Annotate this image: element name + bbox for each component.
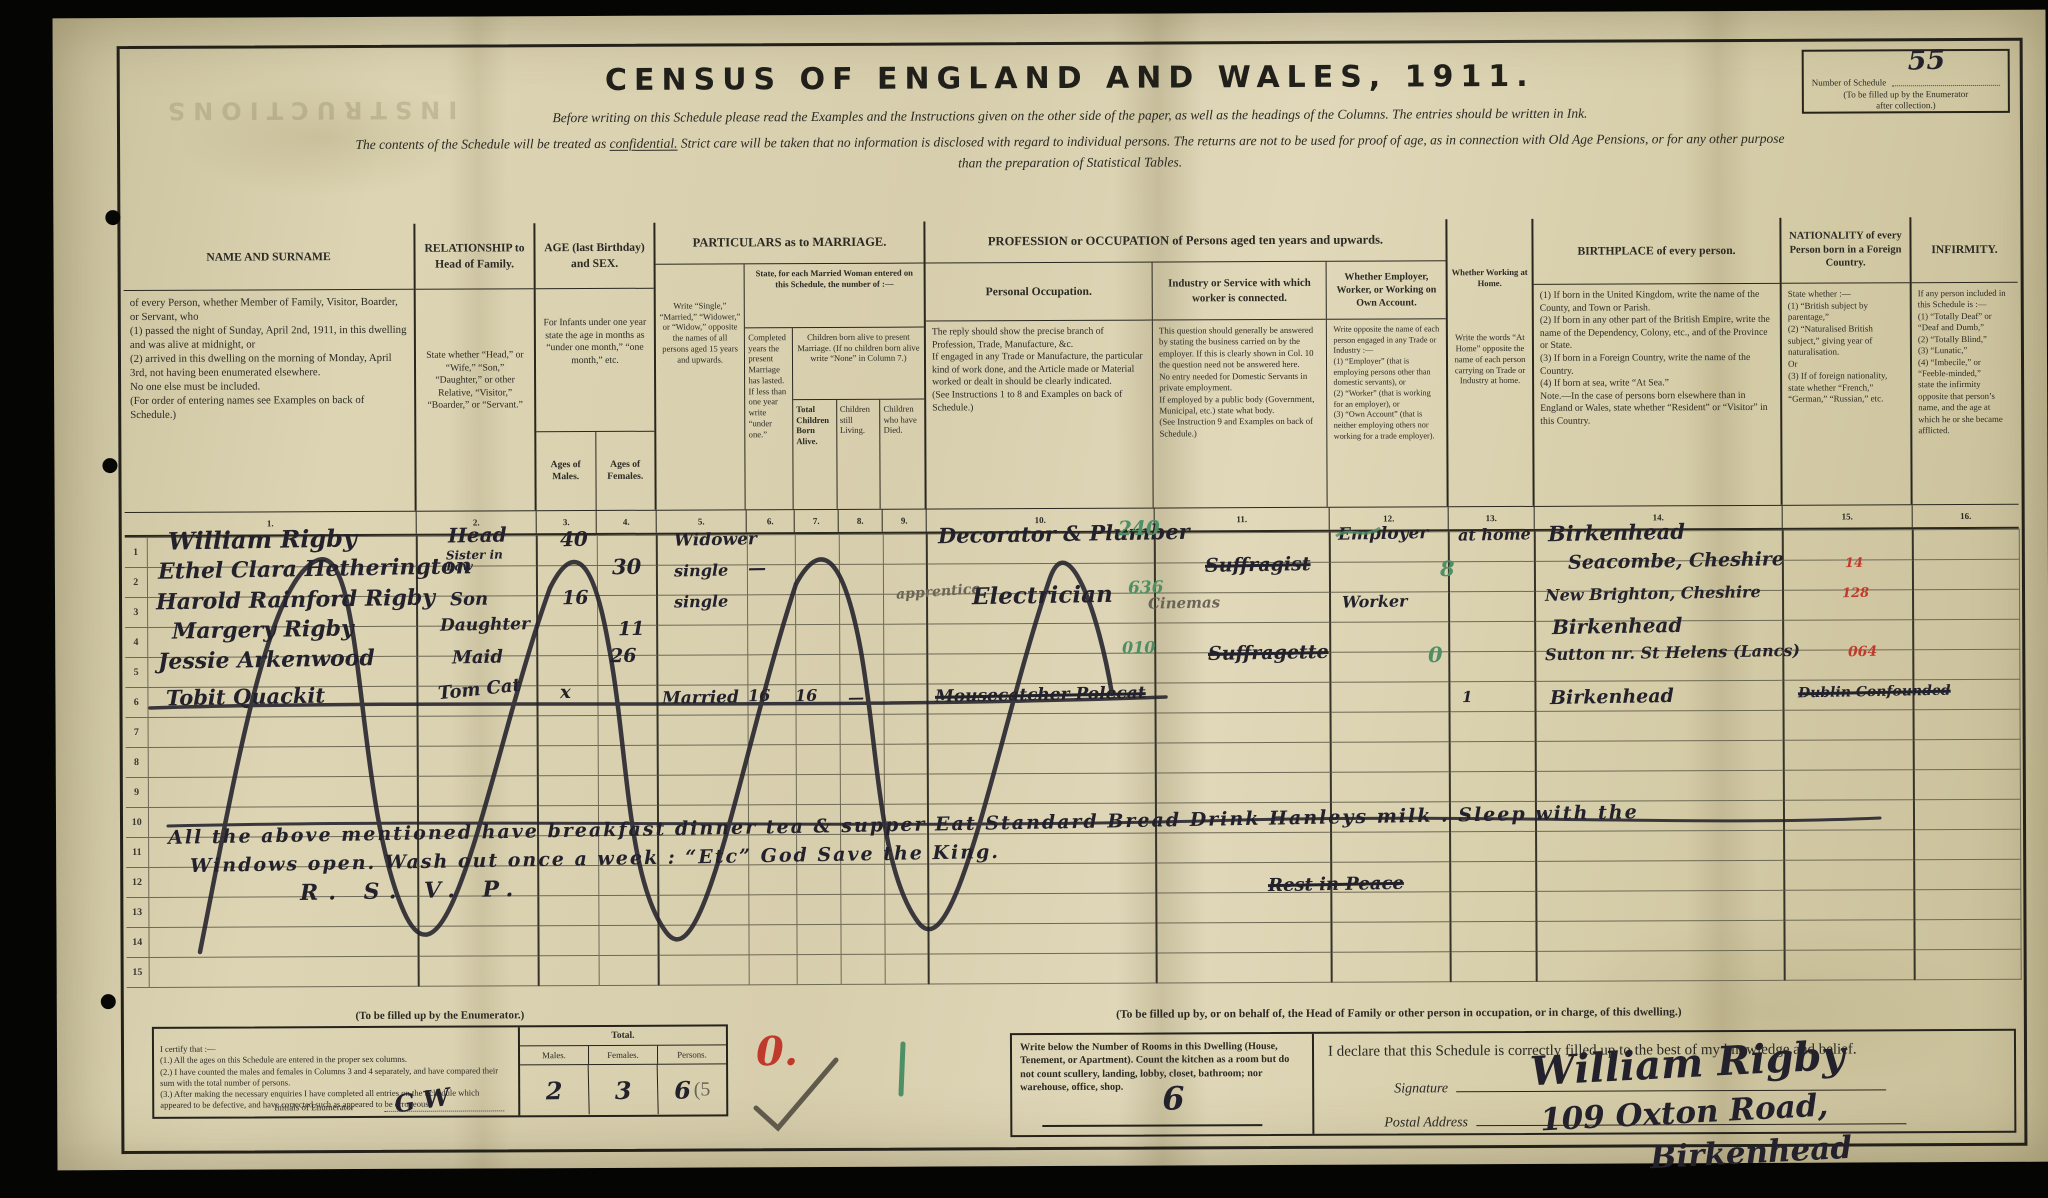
grid-cell bbox=[928, 833, 1156, 864]
col-name-header: NAME AND SURNAME of every Person, whethe… bbox=[123, 224, 416, 512]
grid-cell bbox=[1332, 952, 1451, 983]
grid-cell bbox=[883, 534, 927, 564]
grid-cell bbox=[148, 926, 418, 957]
signature-line bbox=[1456, 1089, 1886, 1092]
signature-row: Signature bbox=[1394, 1079, 1886, 1097]
grid-cell bbox=[796, 714, 840, 744]
grid-cell bbox=[1537, 950, 1785, 981]
grid-cell bbox=[418, 926, 538, 957]
occupation-title: Personal Occupation. bbox=[926, 263, 1152, 322]
grid-cell bbox=[538, 865, 598, 895]
grid-cell bbox=[1156, 802, 1331, 833]
col-num: 6. bbox=[747, 510, 795, 532]
grid-cell bbox=[1331, 862, 1450, 893]
grid-cell bbox=[1450, 861, 1536, 891]
grid-cell bbox=[417, 656, 537, 687]
col-nationality-header: NATIONALITY of every Person born in a Fo… bbox=[1781, 217, 1912, 505]
grid-cell bbox=[597, 565, 657, 595]
grid-cell bbox=[1331, 802, 1450, 833]
grid-cell bbox=[1449, 591, 1535, 621]
col-rel-title: RELATIONSHIP to Head of Family. bbox=[415, 223, 533, 290]
row-number: 2 bbox=[125, 567, 147, 597]
grid-cell bbox=[796, 774, 840, 804]
enumerator-section: (To be filled up by the Enumerator.) I c… bbox=[152, 1008, 728, 1119]
grid-cell bbox=[417, 626, 537, 657]
marriage-married-head: State, for each Married Woman entered on… bbox=[745, 264, 924, 329]
grid-cell bbox=[1913, 649, 2019, 679]
grid-cell bbox=[795, 654, 839, 684]
persons-original: 6 bbox=[674, 1075, 691, 1104]
grid-cell bbox=[1914, 769, 2020, 799]
grid-cell bbox=[747, 685, 795, 715]
grid-cell bbox=[1331, 892, 1450, 923]
grid-cell bbox=[748, 775, 796, 805]
grid-cell bbox=[884, 714, 928, 744]
grid-cell bbox=[657, 535, 747, 565]
grid-cell bbox=[884, 864, 928, 894]
infirmity-desc: If any person included in this Schedule … bbox=[1912, 283, 2019, 504]
grid-cell bbox=[597, 625, 657, 655]
grid-cell bbox=[927, 563, 1155, 594]
grid-cell bbox=[657, 685, 747, 715]
totals-females-label: Females. bbox=[589, 1046, 658, 1064]
grid-cell bbox=[1783, 590, 1913, 621]
paper-sheet: INSTRUCTIONS Number of Schedule 55 (To b… bbox=[52, 10, 2048, 1171]
grid-cell bbox=[840, 744, 884, 774]
grid-cell bbox=[927, 623, 1155, 654]
grid-cell bbox=[1784, 800, 1914, 831]
grid-cell bbox=[795, 684, 839, 714]
intro2-line2: than the preparation of Statistical Tabl… bbox=[958, 154, 1182, 170]
grid-cell bbox=[839, 534, 883, 564]
col-num: 14. bbox=[1535, 506, 1783, 529]
grid-cell bbox=[1155, 532, 1330, 563]
grid-cell bbox=[418, 746, 538, 777]
rooms-box: Write below the Number of Rooms in this … bbox=[1012, 1034, 1314, 1135]
grid-cell bbox=[1914, 799, 2020, 829]
grid-cell bbox=[1330, 562, 1449, 593]
schedule-number-label: Number of Schedule bbox=[1812, 77, 1887, 88]
grid-cell bbox=[418, 836, 538, 867]
grid-cell bbox=[928, 923, 1156, 954]
grid-cell bbox=[658, 745, 748, 775]
grid-cell bbox=[928, 893, 1156, 924]
profession-banner: PROFESSION or OCCUPATION of Persons aged… bbox=[925, 219, 1445, 263]
occupation-desc: The reply should show the precise branch… bbox=[926, 321, 1153, 509]
grid-cell bbox=[1783, 560, 1913, 591]
grid-cell bbox=[1535, 530, 1783, 561]
initials-label: Initials of Enumerator bbox=[274, 1102, 354, 1114]
grid-cell bbox=[537, 535, 597, 565]
grid-cell bbox=[928, 803, 1156, 834]
persons-corrected: (5 bbox=[694, 1078, 711, 1101]
col-marriage-header: PARTICULARS as to MARRIAGE. Write “Singl… bbox=[655, 222, 926, 510]
grid-cell bbox=[1330, 532, 1449, 563]
grid-cell bbox=[148, 866, 418, 897]
col-name-desc: of every Person, whether Member of Famil… bbox=[124, 290, 415, 512]
grid-cell bbox=[840, 774, 884, 804]
grid-cell bbox=[884, 774, 928, 804]
grid-cell bbox=[658, 805, 748, 835]
grid-cell bbox=[884, 834, 928, 864]
form-frame: INSTRUCTIONS Number of Schedule 55 (To b… bbox=[117, 38, 2028, 1154]
grid-cell bbox=[928, 863, 1156, 894]
grid-cell bbox=[1535, 560, 1783, 591]
grid-cell bbox=[796, 744, 840, 774]
rooms-text: Write below the Number of Rooms in this … bbox=[1020, 1041, 1289, 1093]
totals-persons-value: 6 (5 bbox=[658, 1064, 726, 1114]
grid-cell bbox=[884, 804, 928, 834]
grid-cell bbox=[1914, 919, 2020, 949]
grid-cell bbox=[927, 683, 1155, 714]
row-number: 5 bbox=[125, 657, 147, 687]
marriage-single-desc: Write “Single,” “Married,” “Widower,” or… bbox=[656, 264, 745, 369]
grid-cell bbox=[883, 564, 927, 594]
col-num: 11. bbox=[1155, 508, 1330, 531]
grid-cell bbox=[657, 655, 747, 685]
col-rel-header: RELATIONSHIP to Head of Family. State wh… bbox=[415, 223, 536, 511]
totals-table: Total. Males. Females. Persons. 2 3 6 (5 bbox=[518, 1026, 726, 1115]
totals-males-value: 2 bbox=[520, 1064, 590, 1115]
grid-cell bbox=[839, 564, 883, 594]
grid-cell bbox=[841, 954, 885, 984]
grid-cell bbox=[883, 624, 927, 654]
grid-cell bbox=[538, 895, 598, 925]
grid-cell bbox=[748, 895, 796, 925]
grid-cell bbox=[658, 835, 748, 865]
row-number: 15 bbox=[127, 957, 149, 987]
grid-cell bbox=[1914, 829, 2020, 859]
col-age-title: AGE (last Birthday) and SEX. bbox=[535, 223, 653, 290]
marriage-children-head: Children born alive to present Marriage.… bbox=[793, 328, 924, 401]
col-age-females: Ages of Females. bbox=[596, 432, 655, 510]
address-row: Postal Address bbox=[1384, 1113, 1906, 1131]
rooms-line bbox=[1042, 1124, 1262, 1127]
nationality-desc: State whether :— (1) “British subject by… bbox=[1782, 283, 1911, 505]
grid-cell bbox=[1449, 561, 1535, 591]
grid-cell bbox=[1536, 800, 1784, 831]
grid-cell bbox=[885, 954, 929, 984]
grid-cell bbox=[1156, 922, 1331, 953]
grid-cell bbox=[748, 865, 796, 895]
enumerator-certify: I certify that :— (1.) All the ages on t… bbox=[154, 1027, 518, 1117]
grid-cell bbox=[840, 894, 884, 924]
industry-desc: This question should generally be answer… bbox=[1153, 320, 1327, 508]
grid-cell bbox=[538, 775, 598, 805]
address-line bbox=[1476, 1123, 1906, 1126]
grid-cell bbox=[1450, 801, 1536, 831]
birthplace-desc: (1) If born in the United Kingdom, write… bbox=[1534, 284, 1781, 506]
grid-cell bbox=[147, 566, 417, 597]
grid-cell bbox=[539, 955, 599, 985]
grid-cell bbox=[1331, 922, 1450, 953]
grid-cell bbox=[598, 835, 658, 865]
declaration-area: I declare that this Schedule is correctl… bbox=[1314, 1031, 2014, 1134]
col-num: 9. bbox=[883, 510, 927, 532]
grid-cell bbox=[1155, 562, 1330, 593]
grid-cell bbox=[148, 776, 418, 807]
table-header: NAME AND SURNAME of every Person, whethe… bbox=[123, 217, 2018, 513]
grid-cell bbox=[1156, 712, 1331, 743]
employer-title: Whether Employer, Worker, or Working on … bbox=[1327, 261, 1446, 320]
grid-cell bbox=[598, 805, 658, 835]
grid-cell bbox=[147, 626, 417, 657]
grid-cell bbox=[537, 685, 597, 715]
grid-cell bbox=[928, 773, 1156, 804]
grid-cell bbox=[598, 745, 658, 775]
grid-cell bbox=[148, 896, 418, 927]
employer-desc: Write opposite the name of each person e… bbox=[1327, 319, 1446, 507]
marriage-born-label: Total Children Born Alive. bbox=[793, 400, 836, 451]
col-num: 8. bbox=[839, 510, 883, 532]
grid-cell bbox=[1536, 710, 1784, 741]
grid-cell bbox=[1156, 892, 1331, 923]
grid-cell bbox=[840, 714, 884, 744]
grid-cell bbox=[1914, 859, 2020, 889]
schedule-number-note: (To be filled up by the Enumerator after… bbox=[1804, 89, 2008, 111]
grid-cell bbox=[795, 594, 839, 624]
grid-cell bbox=[747, 565, 795, 595]
grid-cell bbox=[1536, 830, 1784, 861]
grid-cell bbox=[1913, 589, 2019, 619]
grid-cell bbox=[1784, 740, 1914, 771]
grid-cell bbox=[927, 533, 1155, 564]
grid-cell bbox=[795, 564, 839, 594]
grid-cell bbox=[884, 894, 928, 924]
col-name-title: NAME AND SURNAME bbox=[123, 224, 413, 291]
grid-cell bbox=[538, 715, 598, 745]
grid-cell bbox=[797, 954, 841, 984]
home-desc: Write the words “At Home” opposite the n… bbox=[1448, 292, 1532, 390]
grid-cell bbox=[1535, 650, 1783, 681]
infirmity-title: INFIRMITY. bbox=[1911, 217, 2017, 283]
form-title: CENSUS OF ENGLAND AND WALES, 1911. bbox=[120, 57, 2020, 100]
col-num: 16. bbox=[1913, 505, 2019, 527]
grid-cell bbox=[148, 746, 418, 777]
grid-cell bbox=[748, 715, 796, 745]
grid-cell bbox=[747, 595, 795, 625]
grid-cell bbox=[1450, 711, 1536, 741]
grid-cell bbox=[1784, 830, 1914, 861]
grid-cell bbox=[883, 684, 927, 714]
enumerator-heading: (To be filled up by the Enumerator.) bbox=[152, 1008, 728, 1023]
row-number: 11 bbox=[126, 837, 148, 867]
col-age-desc: For Infants under one year state the age… bbox=[536, 289, 655, 432]
grid-cell bbox=[839, 594, 883, 624]
grid-cell bbox=[1914, 709, 2020, 739]
grid-cell bbox=[1784, 890, 1914, 921]
marriage-years-desc: Completed years the present Marriage has… bbox=[745, 328, 792, 444]
industry-title: Industry or Service with which worker is… bbox=[1153, 262, 1327, 321]
grid-cell bbox=[147, 686, 417, 717]
rooms-value: 6 bbox=[1162, 1078, 1185, 1120]
grid-cell bbox=[417, 536, 537, 567]
row-number: 9 bbox=[126, 777, 148, 807]
grid-cell bbox=[840, 834, 884, 864]
row-number: 1 bbox=[125, 537, 147, 567]
grid-cell bbox=[747, 535, 795, 565]
grid-cell bbox=[598, 865, 658, 895]
grid-cell bbox=[749, 955, 797, 985]
intro2-confidential: confidential. bbox=[610, 136, 678, 151]
grid-cell bbox=[840, 804, 884, 834]
household-box: Write below the Number of Rooms in this … bbox=[1010, 1029, 2016, 1137]
grid-cell bbox=[1783, 530, 1913, 561]
grid-cell bbox=[1330, 652, 1449, 683]
grid-cell bbox=[1535, 680, 1783, 711]
grid-cell bbox=[1536, 860, 1784, 891]
col-num: 5. bbox=[657, 510, 747, 532]
grid-cell bbox=[148, 836, 418, 867]
grid-cell bbox=[538, 745, 598, 775]
grid-cell bbox=[1784, 920, 1914, 951]
schedule-number-value: 55 bbox=[1907, 45, 1945, 78]
col-num: 4. bbox=[597, 511, 657, 533]
grid-cell bbox=[883, 654, 927, 684]
grid-cell bbox=[1913, 559, 2019, 589]
marriage-living-label: Children still Living. bbox=[837, 400, 880, 440]
col-infirmity-header: INFIRMITY. If any person included in thi… bbox=[1911, 217, 2018, 504]
grid-cell bbox=[418, 896, 538, 927]
grid-cell bbox=[1784, 860, 1914, 891]
grid-cell bbox=[149, 956, 419, 987]
grid-cell bbox=[1535, 620, 1783, 651]
grid-cell bbox=[1155, 622, 1330, 653]
grid-cell bbox=[747, 625, 795, 655]
grid-cell bbox=[1155, 592, 1330, 623]
col-num: 3. bbox=[537, 511, 597, 533]
grid-cell bbox=[795, 624, 839, 654]
grid-cell bbox=[597, 655, 657, 685]
grid-cell bbox=[1156, 772, 1331, 803]
grid-cell bbox=[598, 775, 658, 805]
grid-cell bbox=[147, 656, 417, 687]
grid-cell bbox=[538, 805, 598, 835]
grid-cell bbox=[1915, 949, 2021, 979]
intro2-post: Strict care will be taken that no inform… bbox=[677, 131, 1784, 151]
row-number: 12 bbox=[126, 867, 148, 897]
grid-cell bbox=[658, 925, 748, 955]
grid-cell bbox=[796, 804, 840, 834]
grid-cell bbox=[1783, 620, 1913, 651]
marriage-died-label: Children who have Died. bbox=[880, 400, 924, 440]
grid-cell bbox=[419, 956, 539, 987]
grid-cell bbox=[1914, 739, 2020, 769]
grid-cell bbox=[657, 625, 747, 655]
grid-cell bbox=[1155, 682, 1330, 713]
intro-line-2: The contents of the Schedule will be tre… bbox=[120, 128, 2020, 177]
grid-cell bbox=[929, 953, 1157, 984]
grid-cell bbox=[747, 655, 795, 685]
grid-cell bbox=[927, 653, 1155, 684]
col-profession-header: PROFESSION or OCCUPATION of Persons aged… bbox=[925, 219, 1448, 508]
grid-cell bbox=[1785, 950, 1915, 981]
totals-persons-label: Persons. bbox=[658, 1045, 726, 1063]
grid-cell bbox=[599, 955, 659, 985]
grid-cell bbox=[748, 805, 796, 835]
grid-cell bbox=[537, 655, 597, 685]
col-num: 13. bbox=[1449, 507, 1535, 529]
grid-cell bbox=[1451, 951, 1537, 981]
grid-cell bbox=[1156, 862, 1331, 893]
grid-cell bbox=[840, 924, 884, 954]
grid-cell bbox=[1450, 921, 1536, 951]
totals-females-value: 3 bbox=[589, 1064, 659, 1115]
grid-cell bbox=[884, 744, 928, 774]
col-age-split: Ages of Males. Ages of Females. bbox=[536, 431, 654, 511]
grid-cell bbox=[748, 745, 796, 775]
grid-cell bbox=[883, 594, 927, 624]
grid-cell bbox=[795, 534, 839, 564]
grid-cell bbox=[537, 595, 597, 625]
grid-cell bbox=[839, 654, 883, 684]
grid-cell bbox=[147, 536, 417, 567]
grid-cell bbox=[658, 715, 748, 745]
grid-cell bbox=[1157, 952, 1332, 983]
col-num: 10. bbox=[927, 509, 1155, 532]
row-number: 14 bbox=[126, 927, 148, 957]
home-title: Whether Working at Home. bbox=[1447, 219, 1531, 293]
ghost-text: INSTRUCTIONS bbox=[160, 96, 457, 125]
hole-punch bbox=[105, 210, 120, 225]
grid-cell bbox=[597, 685, 657, 715]
schedule-number-line bbox=[1892, 85, 2000, 86]
grid-cell bbox=[1330, 682, 1449, 713]
grid-cell bbox=[1449, 681, 1535, 711]
hole-punch bbox=[101, 994, 116, 1009]
grid-cell bbox=[840, 864, 884, 894]
grid-cell bbox=[1331, 772, 1450, 803]
col-birthplace-header: BIRTHPLACE of every person. (1) If born … bbox=[1533, 218, 1782, 506]
grid-cell bbox=[748, 925, 796, 955]
schedule-number-box: Number of Schedule 55 (To be filled up b… bbox=[1802, 49, 2010, 114]
row-number: 6 bbox=[125, 687, 147, 717]
grid-cell bbox=[538, 925, 598, 955]
marriage-banner: PARTICULARS as to MARRIAGE. bbox=[655, 222, 923, 265]
grid-cell bbox=[1450, 741, 1536, 771]
grid-cell bbox=[1450, 831, 1536, 861]
grid-cell bbox=[1449, 531, 1535, 561]
grid-cell bbox=[796, 834, 840, 864]
grid-cell bbox=[537, 565, 597, 595]
row-number: 13 bbox=[126, 897, 148, 927]
grid-cell bbox=[598, 925, 658, 955]
grid-cell bbox=[417, 686, 537, 717]
intro2-pre: The contents of the Schedule will be tre… bbox=[356, 136, 610, 152]
census-grid: 123456789101112131415 bbox=[125, 529, 2021, 988]
row-number: 3 bbox=[125, 597, 147, 627]
initials-value: G W bbox=[392, 1081, 452, 1120]
grid-cell bbox=[928, 743, 1156, 774]
grid-cell bbox=[418, 716, 538, 747]
grid-cell bbox=[1331, 712, 1450, 743]
grid-cell bbox=[417, 596, 537, 627]
enumerator-box: I certify that :— (1.) All the ages on t… bbox=[152, 1024, 728, 1119]
grid-cell bbox=[839, 624, 883, 654]
grid-cell bbox=[1536, 920, 1784, 951]
col-num: 12. bbox=[1330, 507, 1449, 530]
grid-cell bbox=[1914, 889, 2020, 919]
grid-cell bbox=[1156, 742, 1331, 773]
grid-cell bbox=[658, 775, 748, 805]
grid-cell bbox=[1331, 742, 1450, 773]
col-num: 7. bbox=[795, 510, 839, 532]
grid-cell bbox=[657, 595, 747, 625]
grid-cell bbox=[147, 596, 417, 627]
grid-cell bbox=[1450, 771, 1536, 801]
grid-cell bbox=[597, 535, 657, 565]
declaration-text: I declare that this Schedule is correctl… bbox=[1328, 1041, 1857, 1059]
